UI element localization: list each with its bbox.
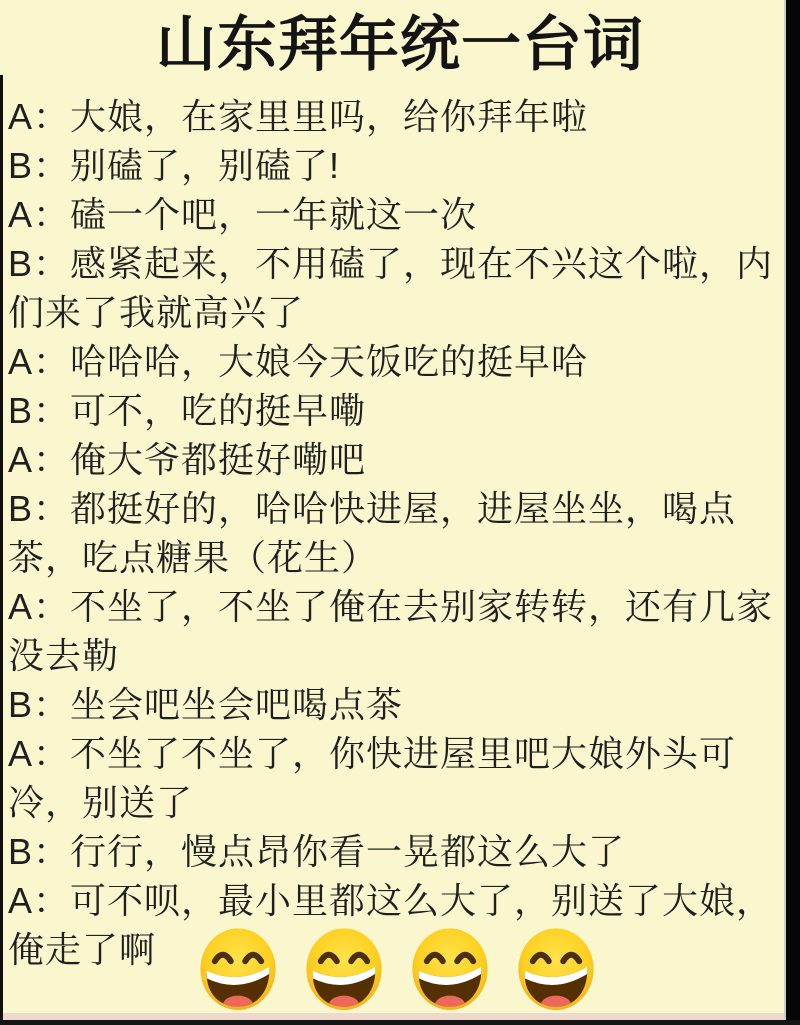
speaker-label: B： <box>8 488 70 529</box>
speaker-label: A： <box>8 194 70 235</box>
dialogue-line: A：不坐了不坐了，你快进屋里吧大娘外头可冷，别送了 <box>8 729 778 827</box>
speaker-label: A： <box>8 341 70 382</box>
speaker-label: B： <box>8 684 70 725</box>
dialogue-text: 可不，吃的挺早嘞 <box>70 390 366 431</box>
dialogue-line: B：别磕了，别磕了! <box>8 141 778 190</box>
dialogue-list: A：大娘，在家里里吗，给你拜年啦 B：别磕了，别磕了! A：磕一个吧，一年就这一… <box>0 92 800 974</box>
dialogue-text: 不坐了不坐了，你快进屋里吧大娘外头可冷，别送了 <box>8 733 736 823</box>
page-title: 山东拜年统一台词 <box>0 8 800 82</box>
dialogue-text: 都挺好的，哈哈快进屋，进屋坐坐，喝点茶，吃点糖果（花生） <box>8 488 736 578</box>
speaker-label: B： <box>8 145 70 186</box>
smiling-face-with-open-mouth-icon <box>516 926 596 1014</box>
speaker-label: A： <box>8 880 70 921</box>
speaker-label: A： <box>8 96 70 137</box>
emoji-row <box>198 926 596 1014</box>
speaker-label: B： <box>8 390 70 431</box>
dialogue-text: 大娘，在家里里吗，给你拜年啦 <box>70 96 588 137</box>
dialogue-text: 哈哈哈，大娘今天饭吃的挺早哈 <box>70 341 588 382</box>
right-edge-bar <box>784 0 800 1025</box>
dialogue-text: 磕一个吧，一年就这一次 <box>70 194 477 235</box>
dialogue-text: 坐会吧坐会吧喝点茶 <box>70 684 403 725</box>
speaker-label: B： <box>8 243 70 284</box>
dialogue-text: 别磕了，别磕了! <box>70 145 340 186</box>
dialogue-line: A：不坐了，不坐了俺在去别家转转，还有几家没去勒 <box>8 582 778 680</box>
smiling-face-with-open-mouth-icon <box>304 926 384 1014</box>
dialogue-line: B：行行，慢点昂你看一晃都这么大了 <box>8 827 778 876</box>
dialogue-text: 感紧起来，不用磕了，现在不兴这个啦，内们来了我就高兴了 <box>8 243 773 333</box>
smiling-face-with-open-mouth-icon <box>410 926 490 1014</box>
dialogue-text: 俺大爷都挺好嘞吧 <box>70 439 366 480</box>
dialogue-line: B：感紧起来，不用磕了，现在不兴这个啦，内们来了我就高兴了 <box>8 239 778 337</box>
left-edge-bar <box>0 75 3 1025</box>
dialogue-line: A：哈哈哈，大娘今天饭吃的挺早哈 <box>8 337 778 386</box>
speaker-label: B： <box>8 831 70 872</box>
dialogue-line: A：大娘，在家里里吗，给你拜年啦 <box>8 92 778 141</box>
dialogue-line: B：可不，吃的挺早嘞 <box>8 386 778 435</box>
dialogue-line: A：俺大爷都挺好嘞吧 <box>8 435 778 484</box>
dialogue-line: A：磕一个吧，一年就这一次 <box>8 190 778 239</box>
bottom-edge-bar <box>0 1020 800 1025</box>
speaker-label: A： <box>8 439 70 480</box>
speaker-label: A： <box>8 586 70 627</box>
dialogue-line: B：坐会吧坐会吧喝点茶 <box>8 680 778 729</box>
dialogue-text: 行行，慢点昂你看一晃都这么大了 <box>70 831 625 872</box>
smiling-face-with-open-mouth-icon <box>198 926 278 1014</box>
speaker-label: A： <box>8 733 70 774</box>
bottom-accent-strip <box>0 1013 800 1020</box>
meme-page: 山东拜年统一台词 A：大娘，在家里里吗，给你拜年啦 B：别磕了，别磕了! A：磕… <box>0 0 800 1025</box>
dialogue-text: 不坐了，不坐了俺在去别家转转，还有几家没去勒 <box>8 586 773 676</box>
dialogue-line: B：都挺好的，哈哈快进屋，进屋坐坐，喝点茶，吃点糖果（花生） <box>8 484 778 582</box>
